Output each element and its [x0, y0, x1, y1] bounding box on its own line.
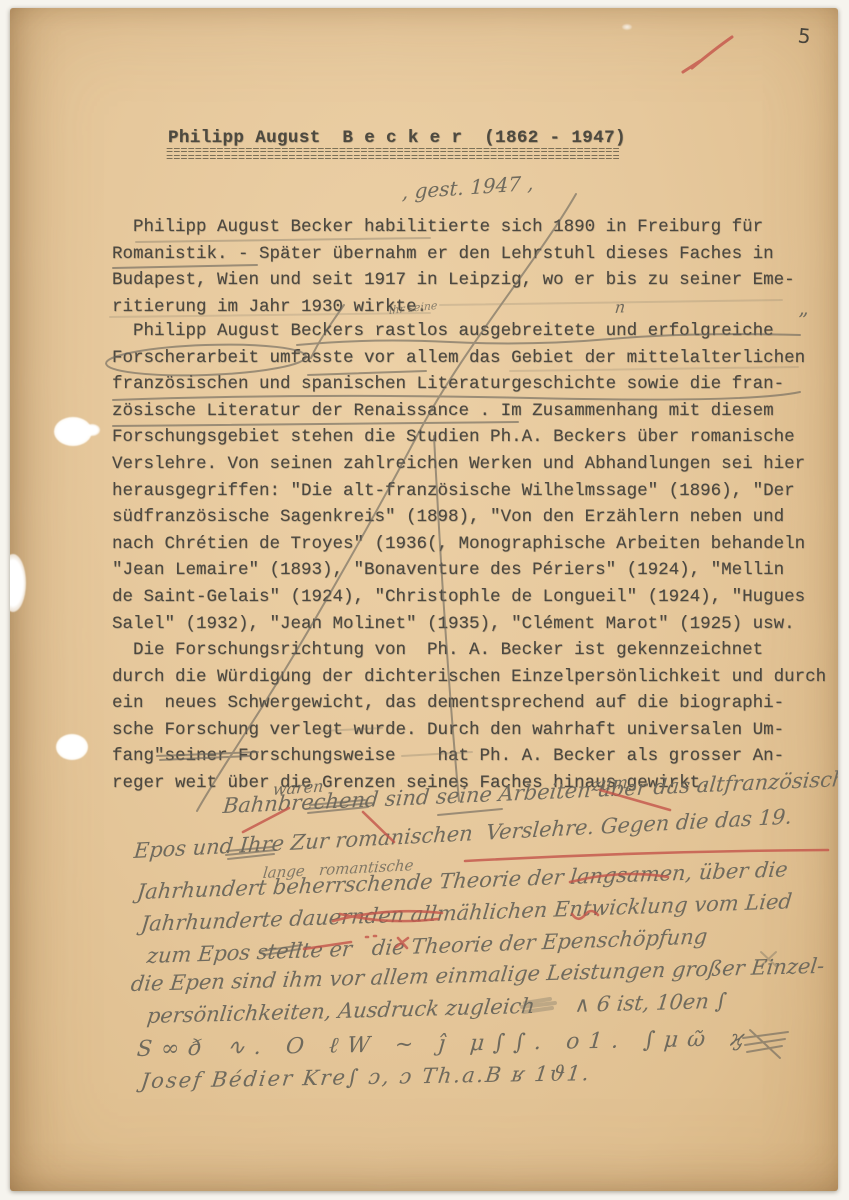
- handwriting-line-9: Josef Bédier Kre∫ ɔ, ɔ Th.a.B ʁ 1ϑ1.: [140, 1061, 593, 1093]
- paper-edge-tear: [10, 554, 26, 612]
- scanned-typescript-page: 5 Philipp August B e c k e r (1862 - 194…: [10, 8, 838, 1191]
- inserted-letter-n: n: [614, 297, 626, 317]
- handwriting-shorthand-line: S∞ð ∿. O ℓW ~ ĵ μ∫∫. ο1. ∫μῶ ϗ: [136, 1025, 754, 1062]
- typed-paragraph-1: Philipp August Becker habilitierte sich …: [112, 214, 795, 320]
- death-year-note: , gest. 1947 ,: [402, 171, 535, 204]
- title-underline: ========================================…: [166, 154, 622, 162]
- folio-number: 5: [797, 23, 812, 48]
- pencil-strike-ueber-das: [438, 809, 502, 815]
- page-title: Philipp August B e c k e r (1862 - 1947): [168, 128, 626, 148]
- punch-hole: [56, 734, 88, 760]
- handwriting-line-7: persönlichkeiten, Ausdruck zugleich ∧ 6 …: [146, 989, 728, 1028]
- typed-paragraph-2: Philipp August Beckers rastlos ausgebrei…: [112, 318, 805, 637]
- paper-speck: [622, 24, 632, 30]
- red-number-1: [683, 37, 732, 72]
- punch-hole: [84, 424, 100, 436]
- inserted-quote-mark: ”: [798, 308, 808, 332]
